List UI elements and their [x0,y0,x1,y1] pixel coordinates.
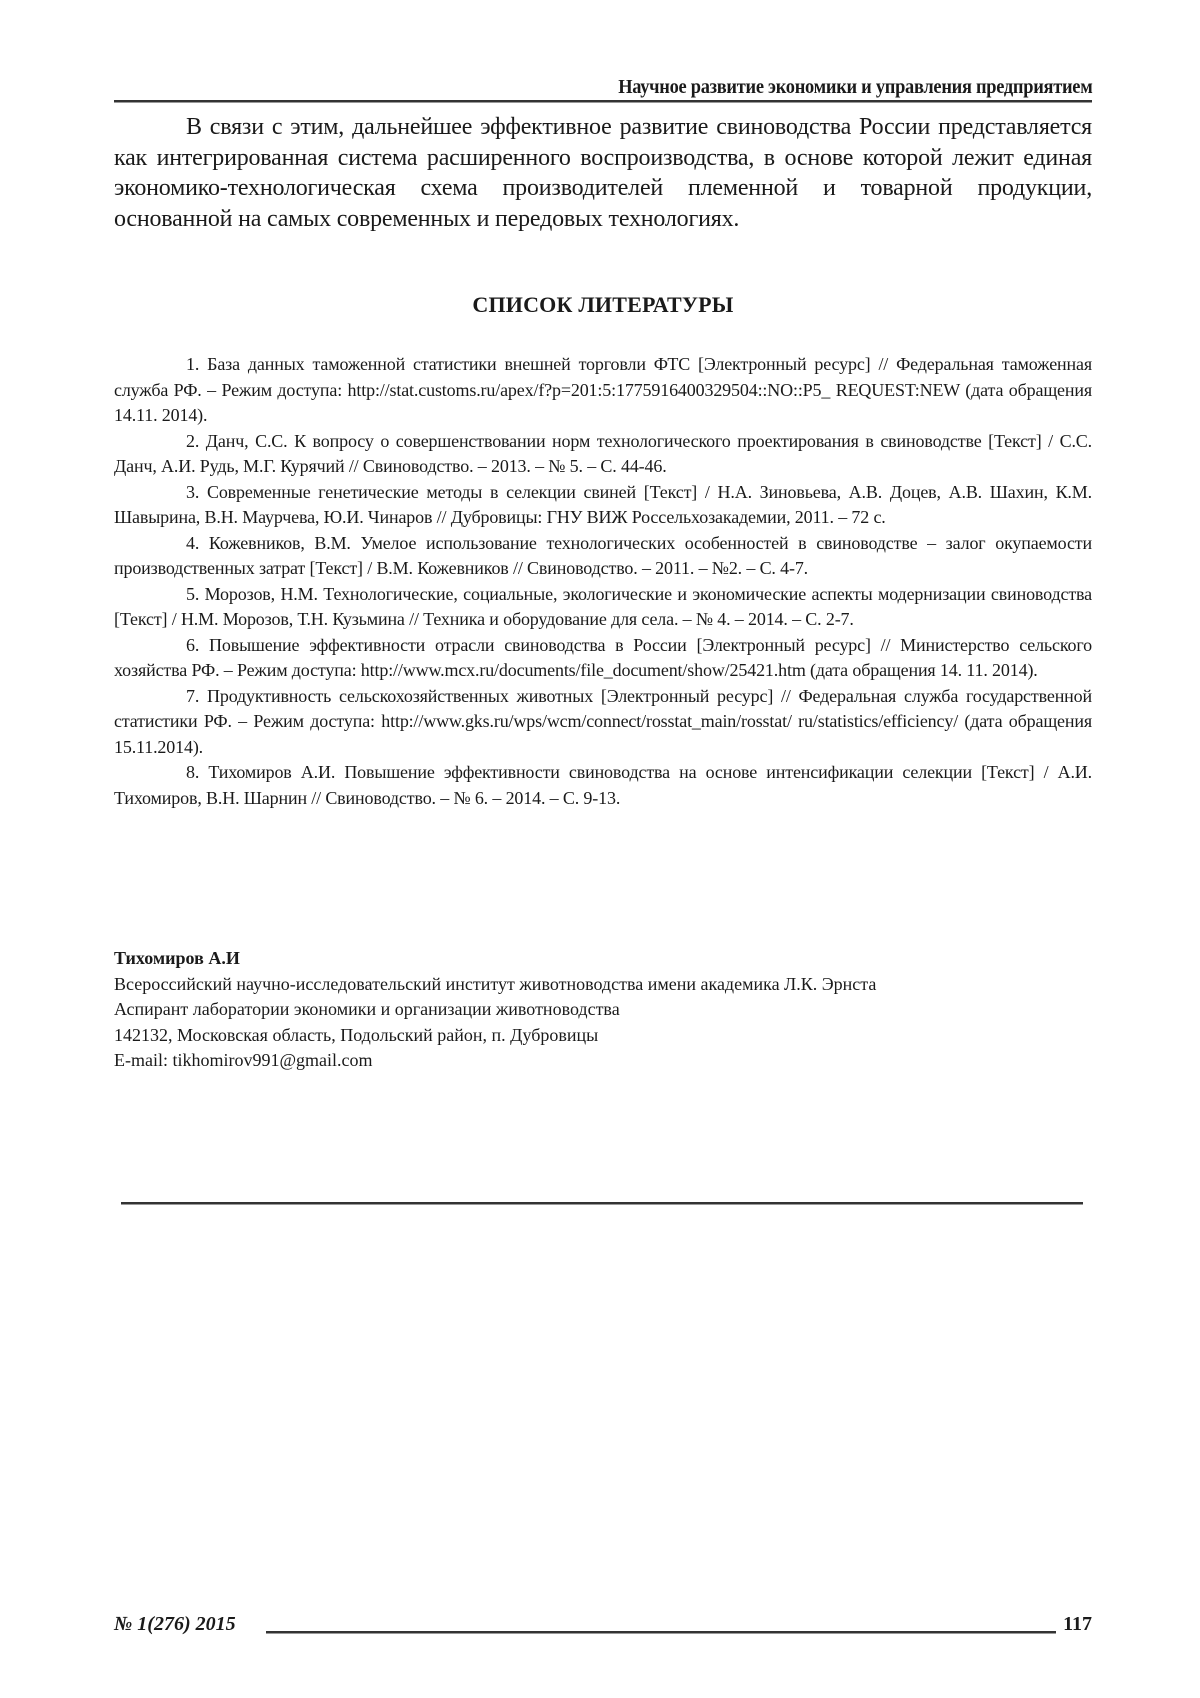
journal-section-title: Научное развитие экономики и управления … [618,76,1092,99]
author-email: E-mail: tikhomirov991@gmail.com [114,1048,1092,1074]
running-header: Научное развитие экономики и управления … [114,72,1092,102]
author-institution: Всероссийский научно-исследовательский и… [114,972,1092,998]
footer-rule [266,1631,1056,1633]
reference-item: 8. Тихомиров А.И. Повышение эффективност… [114,760,1092,811]
reference-item: 6. Повышение эффективности отрасли свино… [114,633,1092,684]
issue-number: № 1(276) 2015 [114,1613,236,1636]
reference-item: 1. База данных таможенной статистики вне… [114,352,1092,429]
body-paragraph: В связи с этим, дальнейшее эффективное р… [114,112,1092,234]
reference-item: 2. Данч, С.С. К вопросу о совершенствова… [114,429,1092,480]
reference-item: 5. Морозов, Н.М. Технологические, социал… [114,582,1092,633]
page-footer: № 1(276) 2015 117 [114,1610,1092,1636]
reference-list: 1. База данных таможенной статистики вне… [114,352,1092,811]
author-address: 142132, Московская область, Подольский р… [114,1023,1092,1049]
reference-item: 7. Продуктивность сельскохозяйственных ж… [114,684,1092,761]
references-heading: СПИСОК ЛИТЕРАТУРЫ [114,292,1092,318]
document-page: Научное развитие экономики и управления … [0,0,1200,1698]
page-number: 117 [1063,1613,1092,1636]
author-name: Тихомиров А.И [114,946,1092,972]
reference-item: 4. Кожевников, В.М. Умелое использование… [114,531,1092,582]
author-position: Аспирант лаборатории экономики и организ… [114,997,1092,1023]
author-info: Тихомиров А.И Всероссийский научно-иссле… [114,946,1092,1074]
reference-item: 3. Современные генетические методы в сел… [114,480,1092,531]
section-divider [121,1202,1083,1204]
